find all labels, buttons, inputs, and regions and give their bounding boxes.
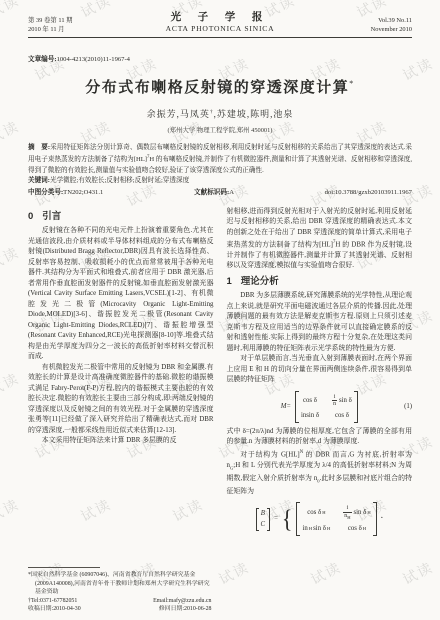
intro-paragraph-2: 有机微腔发光二极管中常用的反射镜为 DBR 和金属膜.有效腔长的计算是设计高准确… (28, 363, 214, 437)
doi-text: doi:10.3788/gzxb20103911.1967 (325, 188, 412, 198)
doc-code-item: 文献标识码:A (194, 188, 234, 198)
doc-code-value: A (229, 189, 234, 196)
author-line: 余振芳,马凤英†,苏建坡,陈明,池泉 (28, 107, 412, 120)
eq2-lhs-top: B (261, 510, 266, 518)
eq2-cell-22-base: cos δ (348, 525, 362, 533)
authors-part1: 余振芳,马凤英 (147, 109, 210, 119)
keywords-label: 关键词: (28, 177, 50, 184)
section-title: 理论分析 (241, 276, 279, 287)
eq1-cell-22: cos δ (332, 412, 352, 420)
section-heading-theory: 1理论分析 (227, 277, 413, 288)
paper-title-text: 分布式布喇格反射镜的穿透深度计算 (85, 80, 349, 96)
eq1-cell-12-rest: sin δ (339, 397, 352, 405)
journal-name-cn: 光 子 学 报 (108, 12, 332, 24)
doc-code-label: 文献标识码: (194, 189, 229, 196)
issue-number-cn: 第 39 卷第 11 期 (28, 16, 108, 25)
eq1-cell-21: insin δ (301, 412, 319, 420)
authors-part2: ,苏建坡,陈明,池泉 (214, 109, 294, 119)
eq2-lhs-vector: B C (256, 508, 271, 531)
equation-1: M= cos δ i n sin δ insin δ cos δ (227, 391, 413, 423)
title-footnote-mark: * (349, 79, 355, 88)
journal-name-en: ACTA PHOTONICA SINICA (108, 24, 332, 34)
intro-paragraph-1: 反射镜在各种不同的光电元件上扮演着重要角色.尤其在光通信波段,由介质材料或半导体… (28, 226, 214, 363)
clc-item: 中图分类号:TN202;O431.1 (28, 188, 103, 198)
funding-note: *国家自然科学基金 (60907046)、河南省教育厅自然科学研究基金 (200… (28, 571, 214, 597)
keywords-line: 关键词:光学微腔;有效腔长;反射相移;反射时延;穿透深度 (28, 176, 412, 186)
eq1-lhs: M= (281, 403, 291, 411)
issue-date-cn: 2010 年 11 月 (28, 25, 108, 34)
keywords-text: 光学微腔;有效腔长;反射相移;反射时延;穿透深度 (50, 177, 189, 184)
eq2-lhs-bottom: C (261, 521, 266, 529)
eq2-cell-21-rest: sin δ (313, 525, 326, 533)
journal-header: 第 39 卷第 11 期 2010 年 11 月 光 子 学 报 ACTA PH… (28, 12, 412, 34)
eq1-cell-12: i n sin δ (332, 394, 352, 408)
equation-2: B C = { cos δH i nH sin δH (227, 502, 413, 536)
eq1-number: (1) (404, 403, 412, 411)
eq2-cell-22: cos δH (343, 525, 370, 533)
den-sub: H (347, 515, 350, 520)
issue-date-en: November 2010 (332, 25, 412, 34)
eq2-cell-21-rest-sub: H (327, 525, 330, 533)
email-text: Email:mafy@zzu.edu.cn (153, 597, 211, 606)
eq2-cell-12-rest: sin δ (354, 509, 367, 517)
footnote-divider (28, 567, 100, 568)
abstract-label: 摘 要: (28, 144, 50, 151)
eq2-cell-21-base: in (302, 525, 307, 533)
eq2-equals: = (274, 515, 278, 523)
eq1-matrix: cos δ i n sin δ insin δ cos δ (295, 391, 358, 423)
theory-paragraph-2: 对于单层膜而言,当光垂直入射到薄膜表面时,在两个界面上应用 E 和 H 的切向分… (227, 354, 413, 386)
fraction: i n (332, 394, 337, 408)
footnote-block: *国家自然科学基金 (60907046)、河南省教育厅自然科学研究基金 (200… (28, 567, 214, 614)
left-column: 0引言 反射镜在各种不同的光电元件上扮演着重要角色.尤其在光通信波段,由介质材料… (28, 207, 214, 614)
fraction-denominator: n (332, 400, 337, 408)
fraction: i nH (343, 505, 351, 521)
revised-date: 修回日期:2010-06-28 (159, 605, 212, 614)
section-number: 0 (28, 211, 33, 222)
eq2-cell-21: inHsin δH (302, 525, 330, 533)
classification-line: 中图分类号:TN202;O431.1 文献标识码:A doi:10.3788/g… (28, 188, 412, 198)
clc-value: TN202;O431.1 (63, 189, 103, 196)
right-column: 射相移,进而得到反射光相对于入射光的反射时延,利用反射延迟与反射相移的关系,给出… (227, 207, 413, 614)
abstract-paragraph: 摘 要:采用特征矩阵法分别计算奇、偶数层布喇格反射镜的反射相移,利用反射时延与反… (28, 143, 412, 176)
received-date: 收稿日期:2010-04-30 (28, 605, 81, 614)
theory-paragraph-4: 对于结构为 G[HL]N 的 DBR 而言,G 为衬底,折射率为 nG;H 和 … (227, 448, 413, 497)
eq2-cell-11: cos δH (302, 505, 330, 521)
section-title: 引言 (42, 211, 61, 222)
article-number-value: 1004-4213(2010)11-1967-4 (57, 56, 130, 63)
journal-issue-cn: 第 39 卷第 11 期 2010 年 11 月 (28, 16, 108, 34)
theory-paragraph-1: DBR 为多层薄膜系统,研究薄膜系统的光学特性,从理论观点上来说,就是研究平面电… (227, 291, 413, 354)
intro-paragraph-3: 本文采用特征矩阵法来计算 DBR 多层膜的反 (28, 436, 214, 447)
eq2-matrix: cos δH i nH sin δH inHsin δH cos δH (296, 502, 376, 536)
eq2-cell-21-sub: H (309, 525, 312, 533)
eq2-cell-11-sub: H (322, 509, 325, 517)
eq2-cell-22-sub: H (363, 525, 366, 533)
dates-row: 收稿日期:2010-04-30 修回日期:2010-06-28 (28, 605, 214, 614)
section-number: 1 (227, 276, 232, 287)
page-content: 第 39 卷第 11 期 2010 年 11 月 光 子 学 报 ACTA PH… (0, 0, 440, 620)
para4-text-a: 对于结构为 G[HL] (240, 451, 299, 458)
tel-text: †Tel:0371-67782051 (28, 597, 77, 606)
clc-label: 中图分类号: (28, 189, 63, 196)
journal-issue-en: Vol.39 No.11 November 2010 (332, 16, 412, 34)
continuation-paragraph: 射相移,进而得到反射光相对于入射光的反射时延,利用反射延迟与反射相移的关系,给出… (227, 207, 413, 272)
section-heading-intro: 0引言 (28, 212, 214, 223)
header-divider (28, 37, 412, 38)
paper-title: 分布式布喇格反射镜的穿透深度计算* (28, 74, 412, 98)
article-number: 文章编号:1004-4213(2010)11-1967-4 (28, 53, 412, 63)
eq2-cell-12: i nH sin δH (343, 505, 370, 521)
theory-paragraph-3: 式中 δ=(2π/λ)nd 为薄膜的位相厚度,它包含了薄膜的全部有用的参量.n … (227, 427, 413, 448)
fraction-denominator: nH (343, 512, 351, 522)
contact-row: †Tel:0371-67782051 Email:mafy@zzu.edu.cn (28, 597, 214, 606)
eq2-cell-12-rest-sub: H (367, 509, 370, 517)
abstract-block: 摘 要:采用特征矩阵法分别计算奇、偶数层布喇格反射镜的反射相移,利用反射时延与反… (28, 143, 412, 199)
article-number-label: 文章编号: (28, 56, 57, 63)
volume-number-en: Vol.39 No.11 (332, 16, 412, 25)
two-column-body: 0引言 反射镜在各种不同的光电元件上扮演着重要角色.尤其在光通信波段,由介质材料… (28, 207, 412, 614)
affiliation-line: (郑州大学 物理工程学院,郑州 450001) (28, 125, 412, 134)
eq2-continuation-dot: · (381, 515, 383, 523)
journal-name-block: 光 子 学 报 ACTA PHOTONICA SINICA (108, 12, 332, 34)
eq2-cell-11-base: cos δ (307, 509, 321, 517)
eq2-brace: { (282, 508, 293, 531)
eq1-cell-11: cos δ (301, 394, 319, 408)
scanned-paper-page: 试读试读试读试读试读试读试读试读试读试读试读试读试读试读试读试读试读试读试读试读… (0, 0, 440, 620)
